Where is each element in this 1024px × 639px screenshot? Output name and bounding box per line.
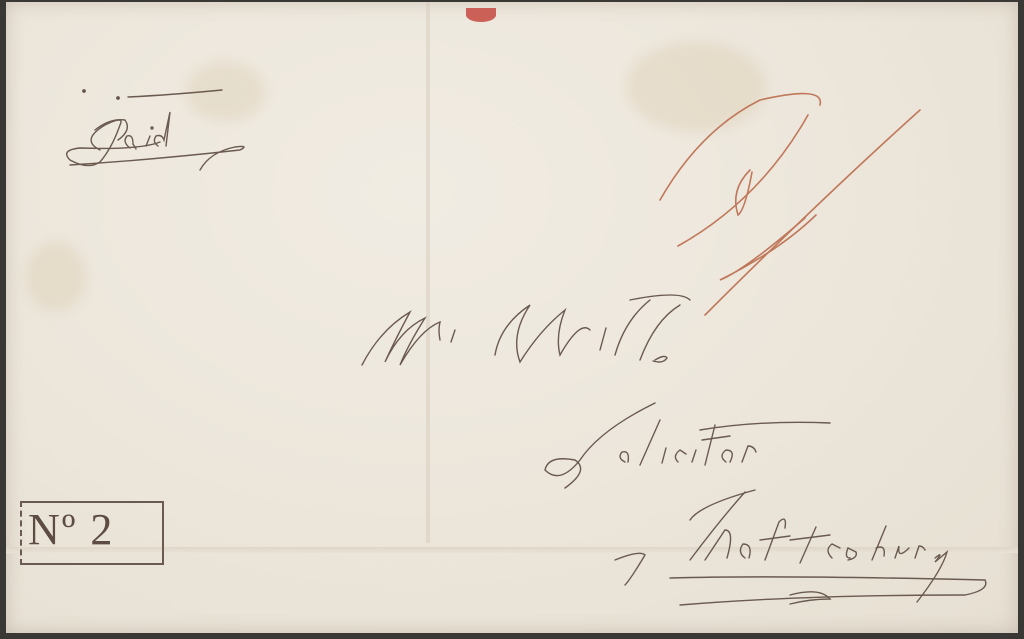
handwriting-layer bbox=[0, 0, 1024, 639]
address-line-1 bbox=[362, 295, 690, 365]
address-line-2 bbox=[545, 403, 830, 488]
rate-marking-red bbox=[660, 94, 920, 315]
paid-marking bbox=[67, 90, 244, 170]
address-line-3 bbox=[615, 490, 986, 605]
